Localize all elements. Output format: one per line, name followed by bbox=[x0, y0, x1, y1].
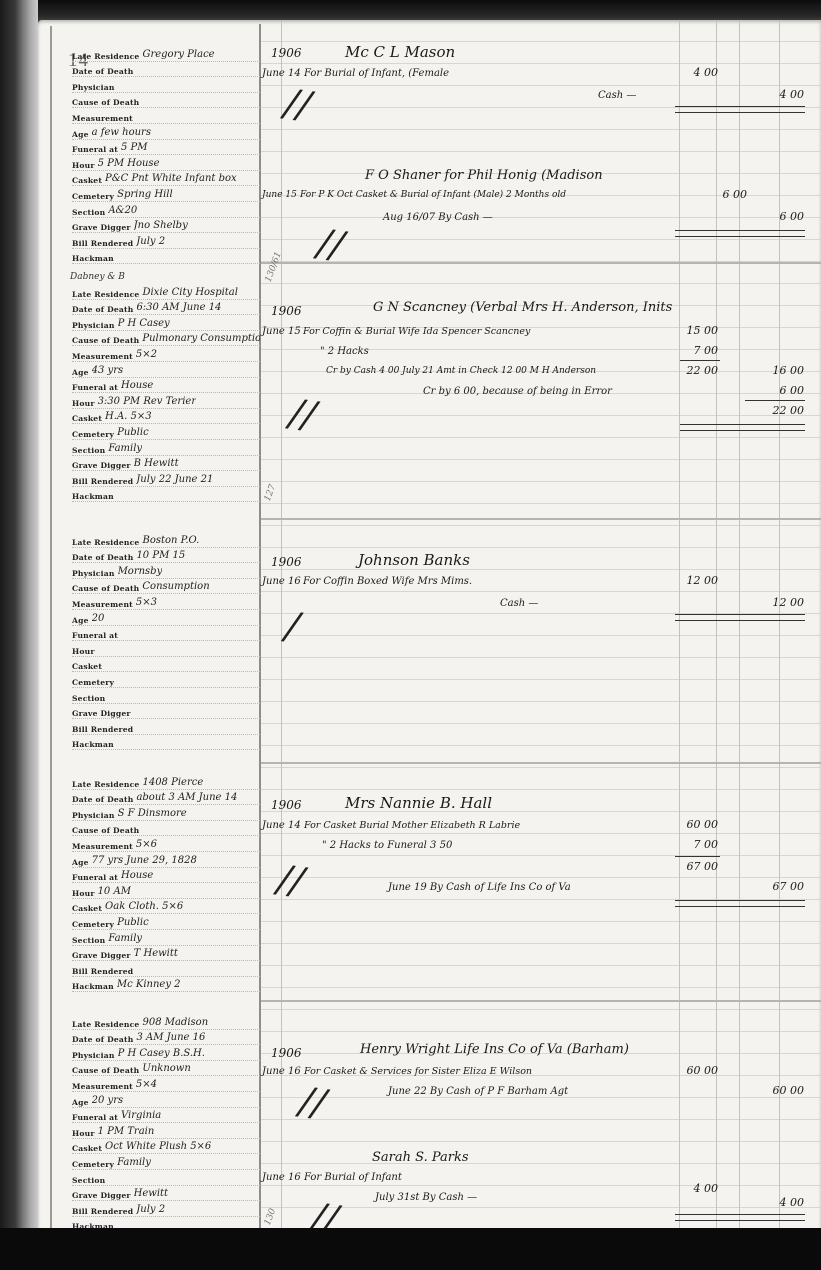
field-funeral-at: Funeral at5 PM bbox=[72, 140, 260, 156]
field-late-residence: Late Residence908 Madison bbox=[72, 1014, 260, 1030]
balance-rule bbox=[675, 106, 805, 113]
ledger-entry-text: Aug 16/07 By Cash — bbox=[383, 212, 493, 223]
ledger-year: 1906 bbox=[271, 798, 302, 812]
ledger-account-name: Henry Wright Life Ins Co of Va (Barham) bbox=[360, 1042, 629, 1057]
ledger-entry-text: For Burial of Infant, (Female bbox=[304, 68, 449, 79]
ledger-entry-text: For P K Oct Casket & Burial of Infant (M… bbox=[300, 190, 566, 200]
subtotal-rule bbox=[675, 856, 720, 857]
field-cause-of-death: Cause of DeathConsumption bbox=[72, 579, 260, 595]
field-casket: CasketP&C Pnt White Infant box bbox=[72, 171, 260, 187]
field-age: Age43 yrs bbox=[72, 362, 260, 378]
field-bill-rendered: Bill Rendered bbox=[72, 719, 260, 735]
ledger-account-name: Johnson Banks bbox=[358, 551, 470, 569]
field-date-of-death: Date of Death3 AM June 16 bbox=[72, 1030, 260, 1046]
record-fields: Late ResidenceBoston P.O. Date of Death1… bbox=[72, 532, 260, 750]
book-spine-edge bbox=[0, 0, 38, 1270]
ledger-entry-date: June 14 bbox=[262, 820, 301, 831]
subtotal-rule bbox=[745, 400, 805, 401]
ledger-year: 1906 bbox=[271, 555, 302, 569]
ledger-entry-text: Cr by 6 00, because of being in Error bbox=[423, 386, 612, 397]
ledger-debit-amount: 4 00 bbox=[666, 66, 718, 79]
field-section: Section bbox=[72, 688, 260, 704]
field-hackman: HackmanMc Kinney 2 bbox=[72, 977, 260, 993]
field-bill-rendered: Bill RenderedJuly 22 June 21 bbox=[72, 471, 260, 487]
ledger-credit-amount: 4 00 bbox=[752, 1196, 804, 1209]
ledger-entry-text: Cash — bbox=[500, 598, 538, 609]
field-cemetery: CemeteryPublic bbox=[72, 914, 260, 930]
field-date-of-death: Date of Deathabout 3 AM June 14 bbox=[72, 790, 260, 806]
field-funeral-at: Funeral atHouse bbox=[72, 378, 260, 394]
credit-column-rule bbox=[739, 20, 740, 1235]
field-age: Age77 yrs June 29, 1828 bbox=[72, 852, 260, 868]
paid-check-mark: // bbox=[275, 856, 306, 903]
ledger-entry-text: For Coffin & Burial Wife Ida Spencer Sca… bbox=[303, 326, 530, 337]
ledger-debit-amount: 7 00 bbox=[666, 344, 718, 357]
field-grave-digger: Grave DiggerHewitt bbox=[72, 1186, 260, 1202]
field-late-residence: Late Residence1408 Pierce bbox=[72, 774, 260, 790]
field-physician: PhysicianMornsby bbox=[72, 563, 260, 579]
field-hour: Hour bbox=[72, 641, 260, 657]
section-separator bbox=[261, 762, 821, 764]
field-measurement: Measurement5×2 bbox=[72, 346, 260, 362]
balance-rule bbox=[680, 424, 805, 431]
ledger-entry-date: June 16 bbox=[262, 1066, 301, 1077]
ledger-entry-text: " 2 Hacks to Funeral 3 50 bbox=[322, 840, 452, 851]
field-hour: Hour10 AM bbox=[72, 883, 260, 899]
field-grave-digger: Grave Digger bbox=[72, 704, 260, 720]
field-hackman: Hackman bbox=[72, 735, 260, 751]
balance-rule bbox=[675, 614, 805, 621]
record-fields: Late Residence1408 Pierce Date of Deatha… bbox=[72, 774, 260, 992]
ledger-entry-text: July 31st By Cash — bbox=[375, 1192, 477, 1203]
subtotal-rule bbox=[680, 360, 720, 361]
section-separator bbox=[261, 262, 821, 264]
ledger-debit-amount: 6 00 bbox=[695, 188, 747, 201]
ledger-debit-amount: 7 00 bbox=[666, 838, 718, 851]
ledger-debit-total: 67 00 bbox=[666, 860, 718, 873]
paid-check-mark: // bbox=[297, 1078, 328, 1125]
field-late-residence: Late ResidenceDixie City Hospital bbox=[72, 284, 260, 300]
field-cause-of-death: Cause of DeathUnknown bbox=[72, 1061, 260, 1077]
field-cause-of-death: Cause of Death bbox=[72, 93, 260, 109]
field-hackman: Hackman bbox=[72, 249, 260, 265]
ledger-credit-amount: 6 00 bbox=[752, 384, 804, 397]
field-measurement: Measurement5×6 bbox=[72, 836, 260, 852]
ledger-entry-text: " 2 Hacks bbox=[320, 346, 369, 357]
field-section: SectionA&20 bbox=[72, 202, 260, 218]
field-funeral-at: Funeral atVirginia bbox=[72, 1108, 260, 1124]
ledger-credit-amount: 4 00 bbox=[752, 88, 804, 101]
paid-check-mark: // bbox=[282, 80, 313, 127]
ledger-entry-date: June 15 bbox=[262, 190, 297, 200]
field-date-of-death: Date of Death bbox=[72, 62, 260, 78]
field-date-of-death: Date of Death6:30 AM June 14 bbox=[72, 300, 260, 316]
ledger-entry-date: June 14 bbox=[262, 68, 301, 79]
field-casket: Casket bbox=[72, 657, 260, 673]
field-hackman: Hackman bbox=[72, 487, 260, 503]
field-casket: CasketH.A. 5×3 bbox=[72, 409, 260, 425]
ledger-credit-total: 22 00 bbox=[752, 404, 804, 417]
field-date-of-death: Date of Death10 PM 15 bbox=[72, 548, 260, 564]
field-measurement: Measurement5×3 bbox=[72, 594, 260, 610]
paid-check-mark: // bbox=[315, 220, 346, 267]
ledger-account-name: Mrs Nannie B. Hall bbox=[345, 794, 492, 812]
book-bottom-edge bbox=[0, 1228, 821, 1270]
field-grave-digger: Grave DiggerB Hewitt bbox=[72, 456, 260, 472]
field-physician: PhysicianP H Casey B.S.H. bbox=[72, 1045, 260, 1061]
ledger-entry-text: June 19 By Cash of Life Ins Co of Va bbox=[388, 882, 571, 893]
ledger-account-name: Mc C L Mason bbox=[345, 43, 455, 61]
ledger-entry-date: June 15 bbox=[262, 326, 301, 337]
debit-column-rule bbox=[679, 20, 680, 1235]
field-grave-digger: Grave DiggerT Hewitt bbox=[72, 946, 260, 962]
field-cemetery: Cemetery bbox=[72, 672, 260, 688]
field-age: Agea few hours bbox=[72, 124, 260, 140]
balance-rule bbox=[675, 1214, 805, 1221]
record-fields: Late Residence908 Madison Date of Death3… bbox=[72, 1014, 260, 1232]
field-physician: PhysicianP H Casey bbox=[72, 315, 260, 331]
record-fields: Late ResidenceGregory Place Date of Deat… bbox=[72, 46, 260, 264]
ledger-account-name: Sarah S. Parks bbox=[372, 1150, 469, 1165]
field-hour: Hour1 PM Train bbox=[72, 1123, 260, 1139]
ledger-entry-text: Cr by Cash 4 00 July 21 Amt in Check 12 … bbox=[326, 366, 596, 376]
ledger-debit-amount: 22 00 bbox=[666, 364, 718, 377]
ledger-entry-text: For Coffin Boxed Wife Mrs Mims. bbox=[303, 576, 472, 587]
ledger-account-name: G N Scancney (Verbal Mrs H. Anderson, In… bbox=[373, 300, 672, 315]
ledger-credit-amount: 16 00 bbox=[752, 364, 804, 377]
field-funeral-at: Funeral atHouse bbox=[72, 868, 260, 884]
record-fields: Late ResidenceDixie City Hospital Date o… bbox=[72, 284, 260, 502]
ledger-entry-text: June 22 By Cash of P F Barham Agt bbox=[388, 1086, 568, 1097]
credit-cents-rule bbox=[779, 20, 780, 1235]
ledger-entry-text: For Casket & Services for Sister Eliza E… bbox=[304, 1066, 532, 1077]
ledger-debit-amount: 12 00 bbox=[666, 574, 718, 587]
field-bill-rendered: Bill RenderedJuly 2 bbox=[72, 233, 260, 249]
ledger-entry-text: Cash — bbox=[598, 90, 636, 101]
field-section: SectionFamily bbox=[72, 930, 260, 946]
ledger-entry-text: For Burial of Infant bbox=[304, 1172, 402, 1183]
ledger-credit-amount: 67 00 bbox=[752, 880, 804, 893]
field-casket: CasketOct White Plush 5×6 bbox=[72, 1139, 260, 1155]
ledger-account-name: F O Shaner for Phil Honig (Madison bbox=[365, 168, 603, 183]
ledger-credit-amount: 12 00 bbox=[752, 596, 804, 609]
field-late-residence: Late ResidenceBoston P.O. bbox=[72, 532, 260, 548]
ledger-debit-amount: 15 00 bbox=[666, 324, 718, 337]
record-pre-note: Dabney & B bbox=[70, 272, 125, 282]
field-age: Age20 bbox=[72, 610, 260, 626]
balance-rule bbox=[675, 230, 805, 237]
ledger-entry-date: June 16 bbox=[262, 1172, 301, 1183]
section-separator bbox=[261, 518, 821, 520]
ledger-debit-amount: 4 00 bbox=[666, 1182, 718, 1195]
field-age: Age20 yrs bbox=[72, 1092, 260, 1108]
field-cause-of-death: Cause of DeathPulmonary Consumption bbox=[72, 331, 260, 347]
field-section: SectionFamily bbox=[72, 440, 260, 456]
field-physician: PhysicianS F Dinsmore bbox=[72, 805, 260, 821]
field-cause-of-death: Cause of Death bbox=[72, 821, 260, 837]
field-funeral-at: Funeral at bbox=[72, 626, 260, 642]
field-grave-digger: Grave DiggerJno Shelby bbox=[72, 218, 260, 234]
debit-cents-rule bbox=[716, 20, 717, 1235]
ledger-entry-text: For Casket Burial Mother Elizabeth R Lab… bbox=[304, 820, 520, 831]
field-measurement: Measurement5×4 bbox=[72, 1076, 260, 1092]
ledger-debit-amount: 60 00 bbox=[666, 1064, 718, 1077]
field-hour: Hour3:30 PM Rev Terier bbox=[72, 393, 260, 409]
ledger-entry-date: June 16 bbox=[262, 576, 301, 587]
field-late-residence: Late ResidenceGregory Place bbox=[72, 46, 260, 62]
paid-check-mark: // bbox=[287, 390, 318, 437]
balance-rule bbox=[675, 900, 805, 907]
ledger-credit-amount: 60 00 bbox=[752, 1084, 804, 1097]
field-hour: Hour5 PM House bbox=[72, 155, 260, 171]
ledger-year: 1906 bbox=[271, 304, 302, 318]
field-cemetery: CemeterySpring Hill bbox=[72, 186, 260, 202]
field-physician: Physician bbox=[72, 77, 260, 93]
ledger-year: 1906 bbox=[271, 1046, 302, 1060]
field-section: Section bbox=[72, 1170, 260, 1186]
field-cemetery: CemeteryFamily bbox=[72, 1154, 260, 1170]
field-cemetery: CemeteryPublic bbox=[72, 424, 260, 440]
ledger-credit-amount: 6 00 bbox=[752, 210, 804, 223]
field-measurement: Measurement bbox=[72, 108, 260, 124]
field-bill-rendered: Bill RenderedJuly 2 bbox=[72, 1201, 260, 1217]
ledger-debit-amount: 60 00 bbox=[666, 818, 718, 831]
field-bill-rendered: Bill Rendered bbox=[72, 961, 260, 977]
field-casket: CasketOak Cloth. 5×6 bbox=[72, 899, 260, 915]
ledger-year: 1906 bbox=[271, 46, 302, 60]
section-separator bbox=[261, 1000, 821, 1002]
